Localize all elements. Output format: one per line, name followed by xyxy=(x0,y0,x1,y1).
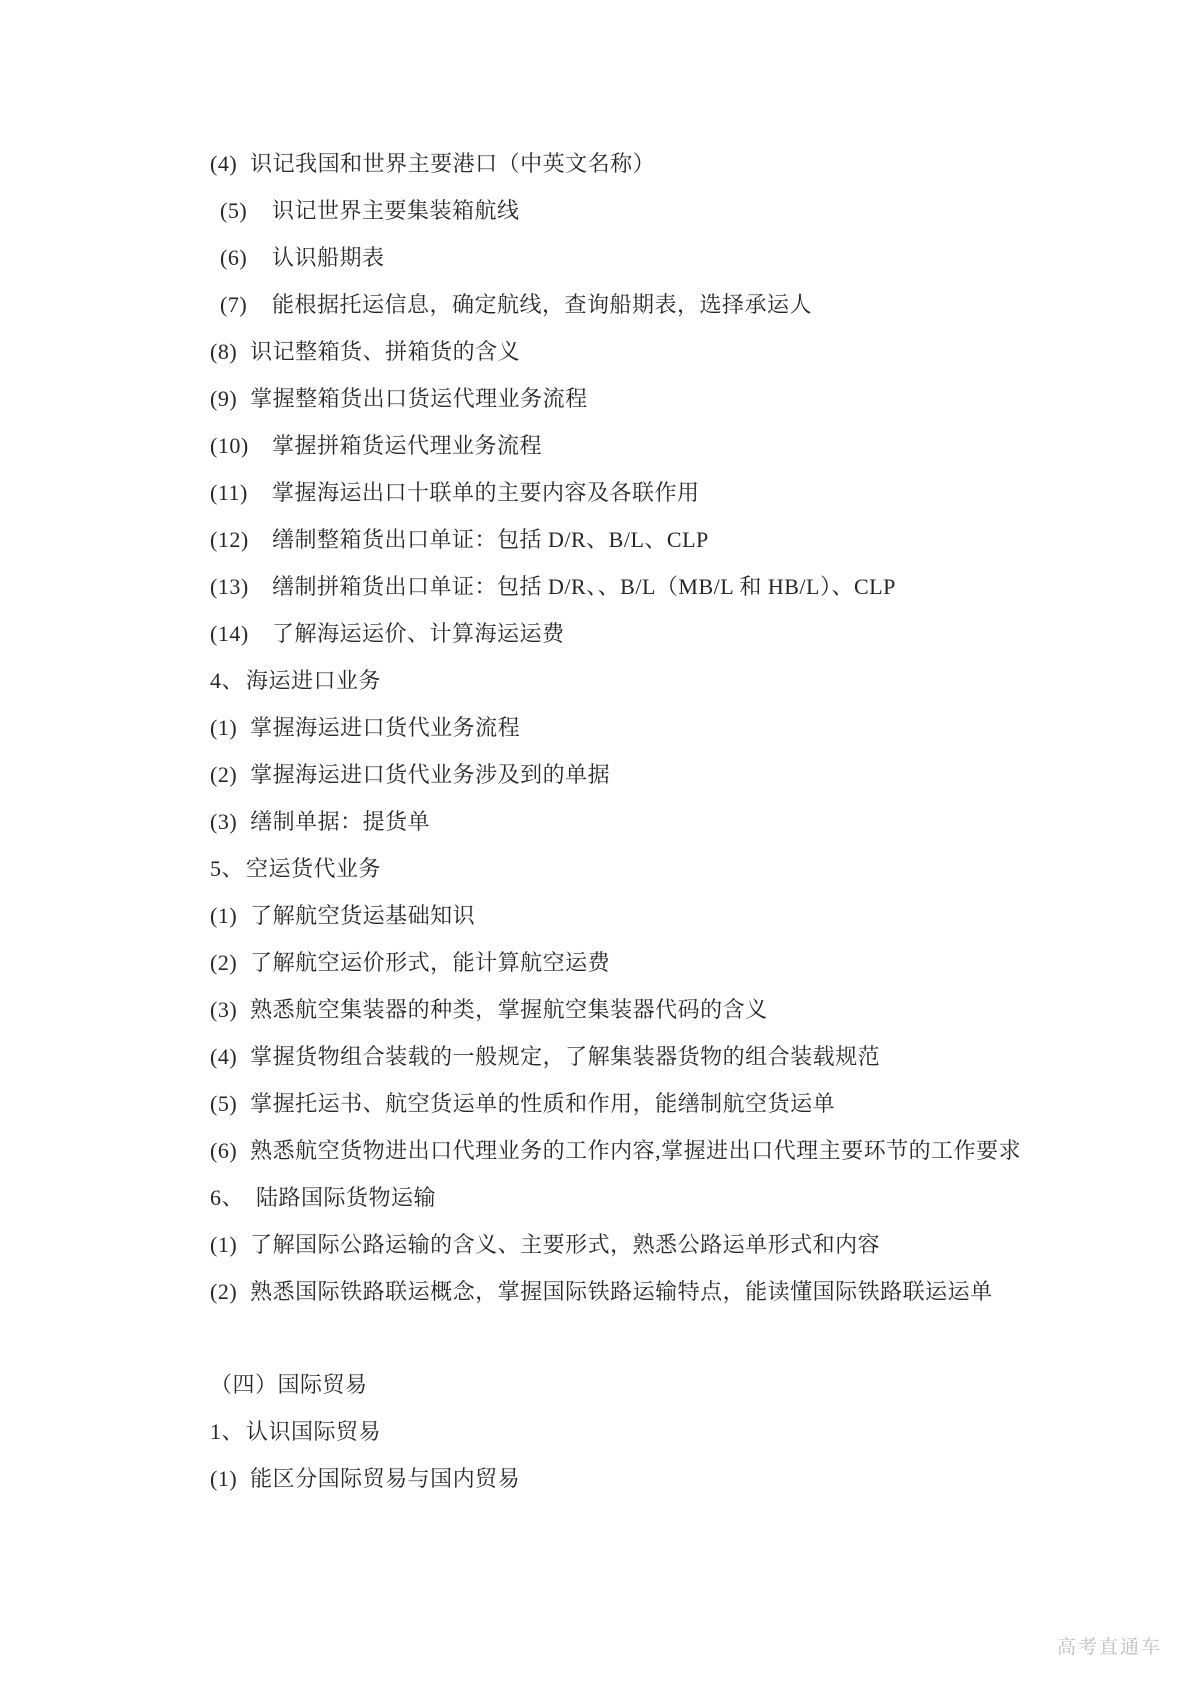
item-text: 空运货代业务 xyxy=(246,856,381,881)
item-text: 认识船期表 xyxy=(272,245,385,270)
list-item: （四）国际贸易 xyxy=(210,1361,1110,1408)
list-item: 6、陆路国际货物运输 xyxy=(210,1174,1110,1221)
item-number: (11) xyxy=(210,469,272,516)
list-item: (8)识记整箱货、拼箱货的含义 xyxy=(210,328,1110,375)
item-number: （四） xyxy=(210,1361,278,1408)
item-number: 1、 xyxy=(210,1408,244,1455)
item-text: 掌握托运书、航空货运单的性质和作用，能缮制航空货运单 xyxy=(250,1091,835,1116)
document-page: (4)识记我国和世界主要港口（中英文名称） (5)识记世界主要集装箱航线 (6)… xyxy=(0,0,1190,1683)
list-item: (3)缮制单据：提货单 xyxy=(210,798,1110,845)
list-item: (1)掌握海运进口货代业务流程 xyxy=(210,704,1110,751)
item-text: 了解海运运价、计算海运运费 xyxy=(272,621,565,646)
item-number: (1) xyxy=(210,1455,237,1502)
item-number: (14) xyxy=(210,610,272,657)
item-text: 掌握整箱货出口货运代理业务流程 xyxy=(250,386,588,411)
item-number: (1) xyxy=(210,1221,237,1268)
item-text: 掌握海运进口货代业务涉及到的单据 xyxy=(250,762,610,787)
item-text: 认识国际贸易 xyxy=(246,1419,381,1444)
item-number: (9) xyxy=(210,375,237,422)
item-number: (4) xyxy=(210,1033,237,1080)
item-text: 识记我国和世界主要港口（中英文名称） xyxy=(250,151,655,176)
item-text: 缮制拼箱货出口单证：包括 D/R、、B/L（MB/L 和 HB/L）、CLP xyxy=(272,574,896,599)
item-text: 缮制整箱货出口单证：包括 D/R、B/L、CLP xyxy=(272,527,709,552)
list-item: (5)掌握托运书、航空货运单的性质和作用，能缮制航空货运单 xyxy=(210,1080,1110,1127)
item-number: (6) xyxy=(220,234,272,281)
item-text: 识记世界主要集装箱航线 xyxy=(272,198,520,223)
item-number: 5、 xyxy=(210,845,244,892)
item-text: 缮制单据：提货单 xyxy=(250,809,430,834)
item-text: 能区分国际贸易与国内贸易 xyxy=(250,1466,520,1491)
item-text: 能根据托运信息，确定航线，查询船期表，选择承运人 xyxy=(272,292,812,317)
list-item: (4)掌握货物组合装载的一般规定，了解集装器货物的组合装载规范 xyxy=(210,1033,1110,1080)
list-item: 1、认识国际贸易 xyxy=(210,1408,1110,1455)
list-item: 4、海运进口业务 xyxy=(210,657,1110,704)
item-text: 掌握海运进口货代业务流程 xyxy=(250,715,520,740)
list-item: (13)缮制拼箱货出口单证：包括 D/R、、B/L（MB/L 和 HB/L）、C… xyxy=(210,563,1110,610)
item-number: (2) xyxy=(210,1268,237,1315)
list-item: (4)识记我国和世界主要港口（中英文名称） xyxy=(210,140,1110,187)
item-number: (5) xyxy=(210,1080,237,1127)
document-body: (4)识记我国和世界主要港口（中英文名称） (5)识记世界主要集装箱航线 (6)… xyxy=(210,140,1110,1502)
list-item: 5、空运货代业务 xyxy=(210,845,1110,892)
list-item: (2)了解航空运价形式，能计算航空运费 xyxy=(210,939,1110,986)
item-text: 掌握海运出口十联单的主要内容及各联作用 xyxy=(272,480,700,505)
item-text: 陆路国际货物运输 xyxy=(256,1185,436,1210)
item-number: (4) xyxy=(210,140,237,187)
list-item: (6)熟悉航空货物进出口代理业务的工作内容,掌握进出口代理主要环节的工作要求 xyxy=(210,1127,1110,1174)
list-item: (10)掌握拼箱货运代理业务流程 xyxy=(210,422,1110,469)
item-number: (10) xyxy=(210,422,272,469)
item-number: (1) xyxy=(210,892,237,939)
list-item: (1)了解航空货运基础知识 xyxy=(210,892,1110,939)
item-number: (5) xyxy=(220,187,272,234)
item-text: 熟悉国际铁路联运概念，掌握国际铁路运输特点，能读懂国际铁路联运运单 xyxy=(250,1279,993,1304)
item-number: (3) xyxy=(210,798,237,845)
item-text: 掌握拼箱货运代理业务流程 xyxy=(272,433,542,458)
item-text: 识记整箱货、拼箱货的含义 xyxy=(250,339,520,364)
list-item: (14)了解海运运价、计算海运运费 xyxy=(210,610,1110,657)
list-item: (2)熟悉国际铁路联运概念，掌握国际铁路运输特点，能读懂国际铁路联运运单 xyxy=(210,1268,1110,1315)
item-number: (1) xyxy=(210,704,237,751)
item-number: 6、 xyxy=(210,1174,244,1221)
item-text: 海运进口业务 xyxy=(246,668,381,693)
item-number: 4、 xyxy=(210,657,244,704)
item-number: (13) xyxy=(210,563,272,610)
item-text: 了解航空运价形式，能计算航空运费 xyxy=(250,950,610,975)
item-number: (3) xyxy=(210,986,237,1033)
item-number: (2) xyxy=(210,751,237,798)
list-item: (2)掌握海运进口货代业务涉及到的单据 xyxy=(210,751,1110,798)
list-item: (1)了解国际公路运输的含义、主要形式，熟悉公路运单形式和内容 xyxy=(210,1221,1110,1268)
list-item: (5)识记世界主要集装箱航线 xyxy=(210,187,1110,234)
item-text: 国际贸易 xyxy=(278,1372,368,1397)
item-text: 了解国际公路运输的含义、主要形式，熟悉公路运单形式和内容 xyxy=(250,1232,880,1257)
item-number: (8) xyxy=(210,328,237,375)
list-item: (11)掌握海运出口十联单的主要内容及各联作用 xyxy=(210,469,1110,516)
item-text: 掌握货物组合装载的一般规定，了解集装器货物的组合装载规范 xyxy=(250,1044,880,1069)
item-number: (12) xyxy=(210,516,272,563)
list-item: (6)认识船期表 xyxy=(210,234,1110,281)
item-number: (6) xyxy=(210,1127,237,1174)
list-item: (7)能根据托运信息，确定航线，查询船期表，选择承运人 xyxy=(210,281,1110,328)
watermark: 高考直通车 xyxy=(1057,1632,1162,1659)
list-item: (12)缮制整箱货出口单证：包括 D/R、B/L、CLP xyxy=(210,516,1110,563)
item-number: (7) xyxy=(220,281,272,328)
item-text: 熟悉航空集装器的种类，掌握航空集装器代码的含义 xyxy=(250,997,768,1022)
item-text: 熟悉航空货物进出口代理业务的工作内容,掌握进出口代理主要环节的工作要求 xyxy=(250,1138,1021,1163)
item-number: (2) xyxy=(210,939,237,986)
list-item: (1)能区分国际贸易与国内贸易 xyxy=(210,1455,1110,1502)
item-text: 了解航空货运基础知识 xyxy=(250,903,475,928)
list-item: (3)熟悉航空集装器的种类，掌握航空集装器代码的含义 xyxy=(210,986,1110,1033)
list-item: (9)掌握整箱货出口货运代理业务流程 xyxy=(210,375,1110,422)
